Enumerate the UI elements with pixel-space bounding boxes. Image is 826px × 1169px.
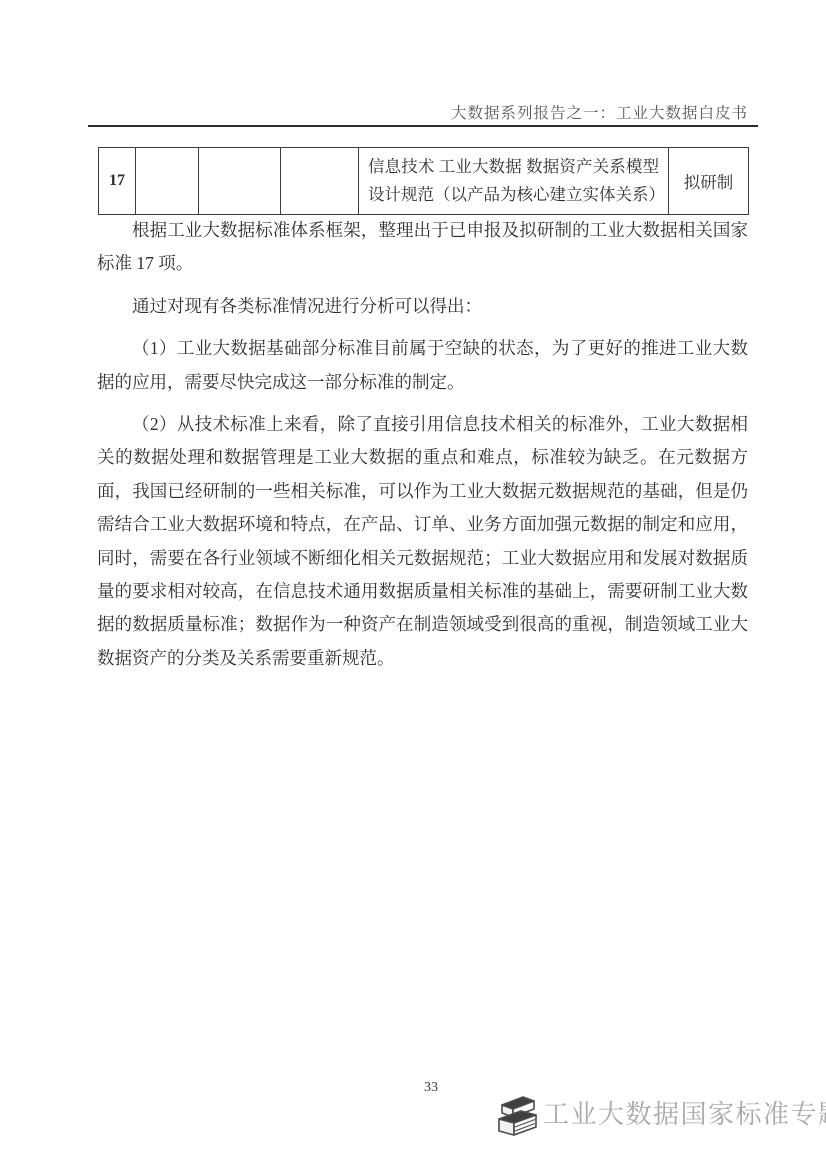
cell-standard-title: 信息技术 工业大数据 数据资产关系模型设计规范（以产品为核心建立实体关系） (359, 148, 669, 215)
paragraph-summary: 根据工业大数据标准体系框架，整理出于已申报及拟研制的工业大数据相关国家标准 17… (97, 214, 748, 281)
books-stack-icon (493, 1092, 539, 1142)
header-rule (88, 125, 758, 127)
paragraph-point-2: （2）从技术标准上来看，除了直接引用信息技术相关的标准外，工业大数据相关的数据处… (97, 408, 748, 675)
cell-row-number: 17 (99, 148, 136, 215)
paragraph-analysis-intro: 通过对现有各类标准情况进行分析可以得出： (97, 290, 748, 323)
standards-table: 17 信息技术 工业大数据 数据资产关系模型设计规范（以产品为核心建立实体关系）… (98, 147, 749, 215)
cell-empty-2 (199, 148, 281, 215)
document-page: 大数据系列报告之一：工业大数据白皮书 17 信息技术 工业大数据 数据资产关系模… (0, 0, 826, 1169)
table-row: 17 信息技术 工业大数据 数据资产关系模型设计规范（以产品为核心建立实体关系）… (99, 148, 749, 215)
cell-empty-3 (281, 148, 359, 215)
page-header-title: 大数据系列报告之一：工业大数据白皮书 (451, 101, 748, 123)
footer-brand-text: 工业大数据国家标准专题组 (543, 1094, 826, 1131)
paragraph-point-1: （1）工业大数据基础部分标准目前属于空缺的状态，为了更好的推进工业大数据的应用，… (97, 332, 748, 399)
body-content: 根据工业大数据标准体系框架，整理出于已申报及拟研制的工业大数据相关国家标准 17… (97, 214, 748, 684)
cell-standard-status: 拟研制 (669, 148, 749, 215)
page-number: 33 (424, 1080, 438, 1096)
cell-empty-1 (136, 148, 199, 215)
